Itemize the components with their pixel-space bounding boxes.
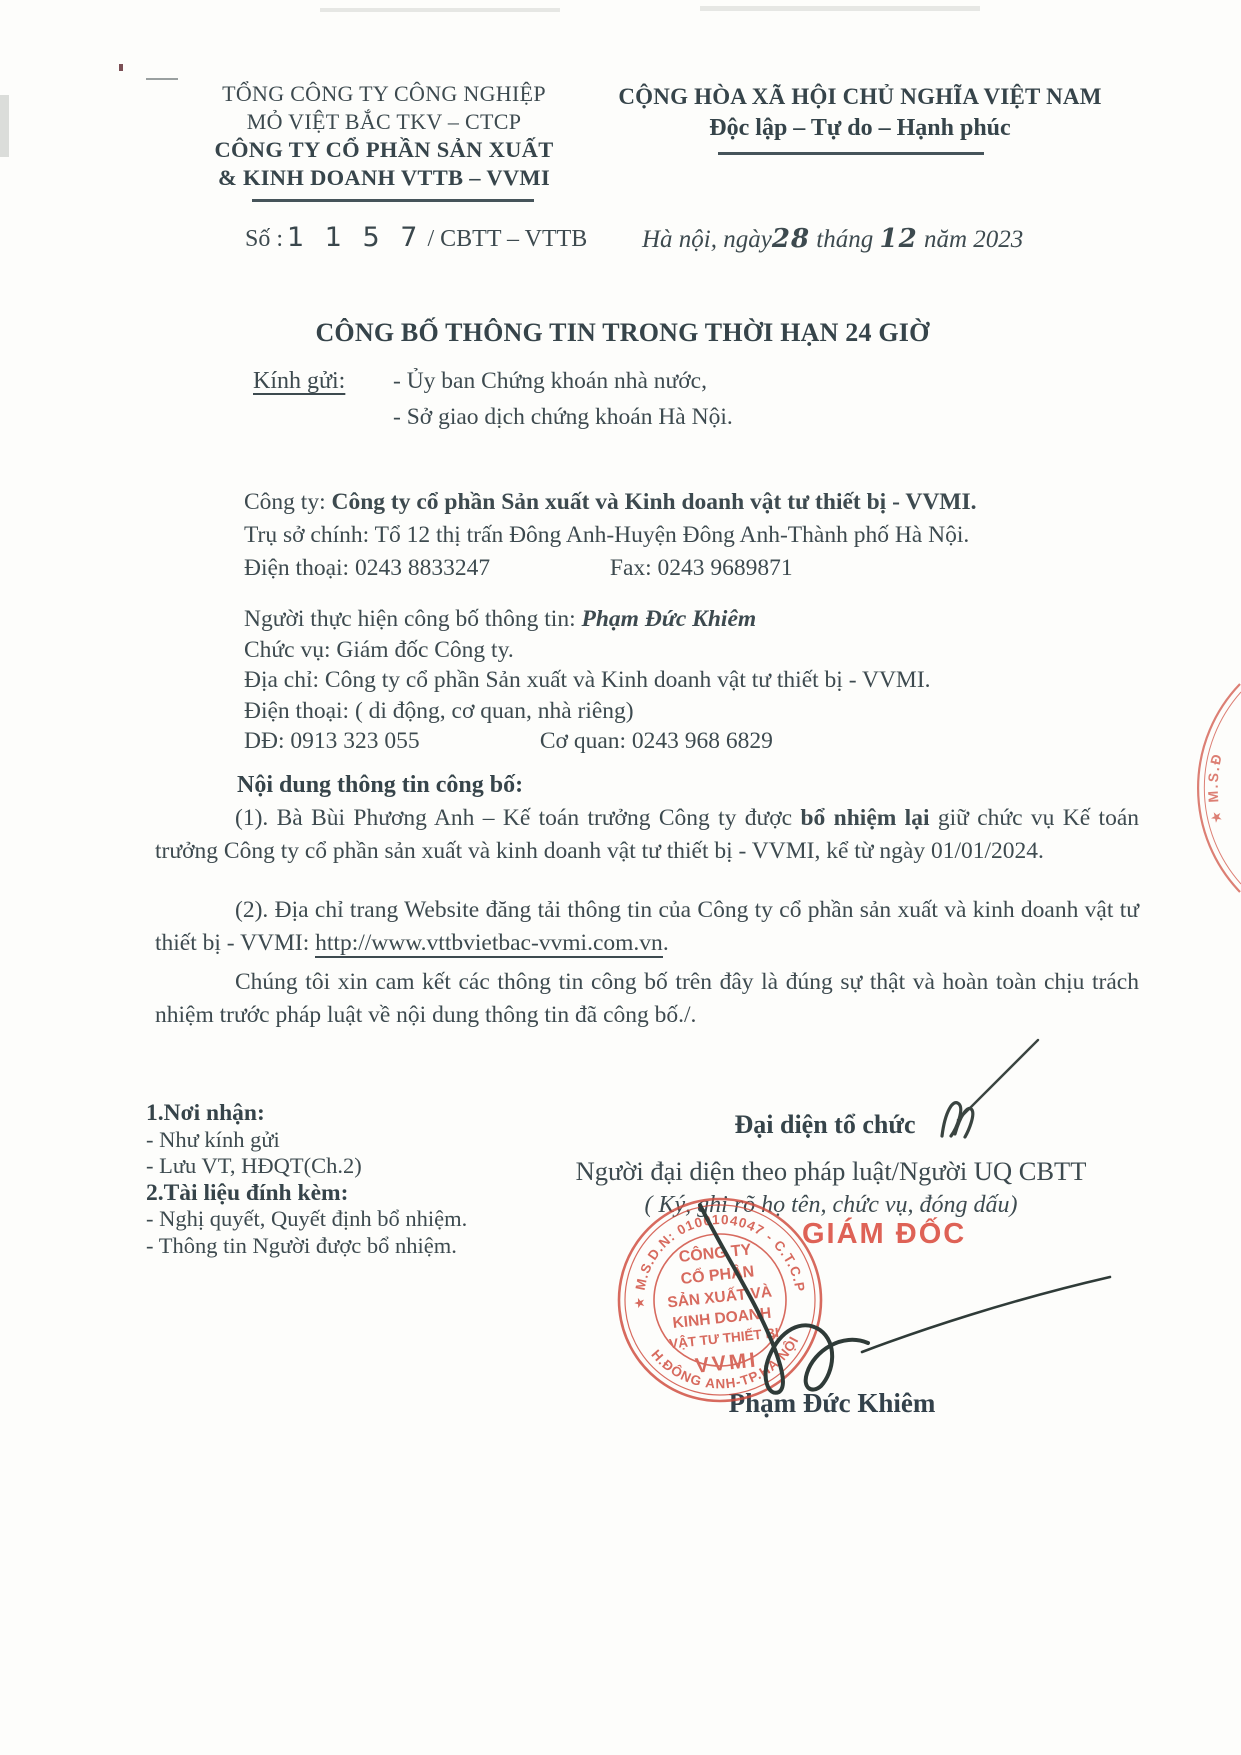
date-place: Hà nội, ngày [642, 226, 772, 253]
stamp-center-line4: KINH DOANH [672, 1305, 772, 1332]
scan-artifact-dash [146, 78, 178, 80]
footer-section1-title: 1.Nơi nhận: [146, 1100, 467, 1127]
scan-artifact-dot [119, 64, 123, 71]
date-day-handwritten: 28 [772, 224, 810, 254]
discloser-mobile: DĐ: 0913 323 055 [244, 726, 534, 757]
footer-section2-item: - Nghị quyết, Quyết định bổ nhiệm. [146, 1206, 467, 1233]
org-header-line3: CÔNG TY CỔ PHẦN SẢN XUẤT [198, 136, 570, 164]
recipient-item: - Ủy ban Chứng khoán nhà nước, [393, 368, 707, 395]
footer-section2-title: 2.Tài liệu đính kèm: [146, 1180, 467, 1207]
stamp-center-line3: SẢN XUẤT VÀ [667, 1284, 773, 1312]
org-header-line1: TỔNG CÔNG TY CÔNG NGHIỆP [198, 80, 570, 108]
national-header: CỘNG HÒA XÃ HỘI CHỦ NGHĨA VIỆT NAM Độc l… [600, 84, 1120, 142]
signature-section-title: Đại diện tổ chức [690, 1110, 960, 1140]
stamp-center-circle [647, 1227, 792, 1372]
svg-text:★ M.S.D.N: 0100104047 - C.T.C.: ★ M.S.D.N: 0100104047 - C.T.C.P [623, 1203, 808, 1310]
discloser-office-phone: Cơ quan: 0243 968 6829 [540, 728, 773, 754]
company-stamp: ★ M.S.D.N: 0100104047 - C.T.C.P H.ĐÔNG A… [609, 1189, 831, 1411]
company-fax: Fax: 0243 9689871 [610, 555, 793, 581]
date-line: Hà nội, ngày28 tháng 12 năm 2023 [642, 224, 1023, 254]
edge-stamp-outer-arc [1198, 684, 1240, 892]
discloser-label: Người thực hiện công bố thông tin: [244, 606, 576, 632]
company-address-line: Trụ sở chính: Tổ 12 thị trấn Đông Anh-Hu… [244, 519, 977, 552]
stamp-ring-top-text: ★ M.S.D.N: 0100104047 - C.T.C.P [623, 1203, 808, 1310]
ink-overlay: ★ M.S.D.N: 0100104047 - C.T.C.P H.ĐÔNG A… [0, 0, 1241, 1755]
company-phone: Điện thoại: 0243 8833247 [244, 552, 604, 585]
footer-recipients-attachments: 1.Nơi nhận: - Như kính gửi - Lưu VT, HĐQ… [146, 1100, 467, 1259]
scan-artifact-left-edge [0, 95, 9, 157]
org-header-line2: MỎ VIỆT BẮC TKV – CTCP [198, 108, 570, 136]
org-header-underline [252, 199, 534, 202]
stamp-inner-ring [616, 1196, 825, 1405]
date-month-handwritten: 12 [880, 224, 918, 254]
recipient-item: - Sở giao dịch chứng khoán Hà Nội. [393, 404, 733, 431]
discloser-name-line: Người thực hiện công bố thông tin: Phạm … [244, 604, 931, 635]
discloser-position-line: Chức vụ: Giám đốc Công ty. [244, 635, 931, 666]
disclosure-item-1: (1). Bà Bùi Phương Anh – Kế toán trưởng … [155, 802, 1139, 868]
signing-instruction: ( Ký, ghi rõ họ tên, chức vụ, đóng dấu) [630, 1192, 1032, 1219]
page-title: CÔNG BỐ THÔNG TIN TRONG THỜI HẠN 24 GIỜ [300, 318, 945, 348]
company-phone-line: Điện thoại: 0243 8833247 Fax: 0243 96898… [244, 552, 977, 585]
footer-section1-item: - Như kính gửi [146, 1127, 467, 1154]
stamp-center-line2: CỔ PHẦN [680, 1261, 755, 1288]
doc-number: Số :1 1 5 7/ CBTT – VTTB [245, 222, 587, 253]
date-year: năm 2023 [924, 226, 1023, 253]
signer-name: Phạm Đức Khiêm [700, 1388, 964, 1419]
svg-text:★ M.S.Đ: ★ M.S.Đ [1205, 751, 1226, 825]
disclosure-item-2: (2). Địa chỉ trang Website đăng tải thôn… [155, 894, 1139, 960]
doc-number-prefix: Số : [245, 226, 283, 252]
content-heading: Nội dung thông tin công bố: [237, 772, 523, 799]
stamp-center-line5: VẬT TƯ THIẾT BỊ [668, 1325, 779, 1351]
commitment-paragraph: Chúng tôi xin cam kết các thông tin công… [155, 966, 1139, 1032]
national-header-underline [718, 152, 984, 155]
item1-text-pre: (1). Bà Bùi Phương Anh – Kế toán trưởng … [235, 805, 792, 831]
date-month-label: tháng [816, 226, 873, 253]
stamp-outer-ring [609, 1189, 831, 1411]
discloser-phone-line: DĐ: 0913 323 055 Cơ quan: 0243 968 6829 [244, 726, 931, 757]
edge-stamp-inner-arc [1204, 692, 1241, 884]
scanned-document-page: TỔNG CÔNG TY CÔNG NGHIỆP MỎ VIỆT BẮC TKV… [0, 0, 1241, 1755]
scan-artifact-top-1 [320, 8, 560, 12]
director-title: GIÁM ĐỐC [802, 1218, 966, 1251]
company-name: Công ty cổ phần Sản xuất và Kinh doanh v… [331, 489, 976, 515]
footer-section1-item: - Lưu VT, HĐQT(Ch.2) [146, 1153, 467, 1180]
stamp-center-line1: CÔNG TY [678, 1239, 753, 1266]
company-name-line: Công ty: Công ty cổ phần Sản xuất và Kin… [244, 486, 977, 519]
doc-number-suffix: / CBTT – VTTB [427, 226, 587, 252]
discloser-name: Phạm Đức Khiêm [582, 606, 757, 632]
national-motto-line2: Độc lập – Tự do – Hạnh phúc [600, 115, 1120, 142]
legal-representative-line: Người đại diện theo pháp luật/Người UQ C… [545, 1156, 1117, 1187]
scan-artifact-top-2 [700, 6, 980, 11]
company-info: Công ty: Công ty cổ phần Sản xuất và Kin… [244, 486, 977, 585]
stamp-center-line6: VVMI [694, 1348, 759, 1377]
discloser-phone-note-line: Điện thoại: ( di động, cơ quan, nhà riên… [244, 696, 931, 727]
national-motto-line1: CỘNG HÒA XÃ HỘI CHỦ NGHĨA VIỆT NAM [600, 84, 1120, 110]
org-header-line4: & KINH DOANH VTTB – VVMI [198, 164, 570, 192]
item2-text-post: . [663, 930, 669, 956]
recipients-label: Kính gửi: [253, 368, 345, 395]
edge-stamp: ★ M.S.Đ [1198, 684, 1241, 892]
company-label: Công ty: [244, 489, 326, 515]
footer-section2-item: - Thông tin Người được bổ nhiệm. [146, 1233, 467, 1260]
edge-stamp-text: ★ M.S.Đ [1205, 751, 1226, 825]
doc-number-digits: 1 1 5 7 [287, 222, 423, 253]
discloser-info: Người thực hiện công bố thông tin: Phạm … [244, 604, 931, 757]
item1-text-bold: bổ nhiệm lại [800, 805, 929, 831]
org-header: TỔNG CÔNG TY CÔNG NGHIỆP MỎ VIỆT BẮC TKV… [198, 80, 570, 192]
website-link: http://www.vttbvietbac-vvmi.com.vn [315, 930, 663, 958]
discloser-address-line: Địa chỉ: Công ty cổ phần Sản xuất và Kin… [244, 665, 931, 696]
